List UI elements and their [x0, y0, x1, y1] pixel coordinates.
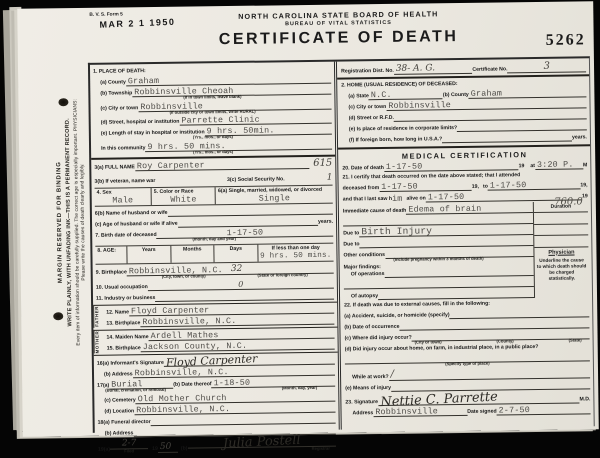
race-cell: 5. Color or Race White [152, 188, 216, 206]
disposition-location-value: Robbinsville, N.C. [136, 405, 230, 414]
industry-field [155, 289, 334, 301]
informant-address: Robbinsville, N.C. [135, 368, 229, 377]
name-code-annotation: 615 [313, 158, 332, 169]
age-years-header: Years [129, 247, 168, 255]
father-birthplace-label: 13. Birthplace [106, 320, 140, 327]
attended-from-value: 1-17-50 [381, 183, 418, 191]
doctor-date-value: 2-7-50 [499, 406, 530, 414]
stay-note: (Yrs., mos., or days) [193, 135, 233, 140]
home-corporate-field [457, 120, 587, 132]
margin-plainly-text: WRITE PLAINLY, WITH UNFADING INK—THIS IS… [65, 118, 74, 326]
home-county-field: Graham [469, 87, 587, 99]
spouse-age-label: (c) Age of husband or wife if alive [95, 221, 178, 229]
doctor-date-label: Date signed [467, 408, 496, 415]
age-years-cell: Years [127, 246, 171, 264]
binding-margin: MARGIN RESERVED FOR BINDING WRITE PLAINL… [19, 12, 88, 433]
father-birthplace-field: Robbinsville, N.C. [140, 314, 334, 327]
city-label: (c) City or town [93, 105, 138, 113]
birthplace-note-2: (State or foreign country) [257, 273, 307, 278]
external-a-label: (a) Accident, suicide, or homicide (spec… [344, 312, 449, 320]
age-months-header: Months [173, 246, 212, 254]
filed-date-group: 2-7 Filed [110, 438, 148, 454]
form-body: 1. PLACE OF DEATH: (a) County Graham (b)… [88, 56, 595, 433]
home-city-value: Robbinsville [388, 101, 451, 110]
disposition-date-note: (Month, day, year) [282, 386, 318, 391]
mother-side-label: MOTHER [93, 330, 103, 353]
death-date-field: 1-17-50 [384, 160, 519, 172]
home-foreign-field [442, 132, 572, 144]
father-block: FATHER 12. Name Floyd Carpenter 13. Birt… [93, 301, 337, 327]
of-autopsy-label: Of autopsy [344, 293, 378, 300]
duration-physician-column: Duration Physician Underline the cause t… [533, 201, 589, 297]
mother-birthplace-field: Jackson County, N.C. [141, 339, 335, 352]
occupation-label: 10. Usual occupation [96, 284, 148, 292]
immediate-cause-field: Edema of brain [406, 203, 533, 215]
age-label-cell: 8. AGE: [95, 246, 127, 263]
filed-note: Filed [124, 449, 134, 454]
doctor-sig-label: 23. Signature [345, 399, 378, 406]
marital-cell: 6(a) Single, married, widowed, or divorc… [216, 186, 333, 205]
father-body: 12. Name Floyd Carpenter 13. Birthplace … [103, 302, 334, 327]
attended-from-label: deceased from [343, 185, 380, 192]
home-foreign-label: (f) If foreign born, how long in U.S.A.? [342, 136, 442, 144]
spouse-label: 6(b) Name of husband or wife [95, 210, 168, 218]
birthplace-note-1: (City, town, or county) [162, 274, 206, 279]
home-state-value: N.C. [371, 91, 392, 99]
spouse-age-years-suffix: years. [318, 219, 333, 226]
external-c-note-county: (County) [496, 339, 513, 344]
street-label: (d) Street, hospital or institution [94, 119, 180, 127]
sex-race-marital-row: 4. Sex Male 5. Color or Race White 6(a) … [95, 185, 333, 207]
age-less-than-day-cell: If less than one day 9 hrs. 50 mins. [258, 244, 334, 262]
due-to-2-label: Due to [343, 241, 359, 248]
mother-block: MOTHER 14. Maiden Name Ardell Mathes 15.… [93, 326, 337, 353]
mother-name-value: Ardell Mathes [151, 331, 219, 340]
attended-to-field: 1-17-50 [488, 179, 581, 190]
cause-lines: Immediate cause of death Edema of brain … [343, 202, 534, 300]
while-at-work-label: While at work? [345, 374, 389, 382]
cause-of-death-table: Immediate cause of death Edema of brain … [343, 201, 589, 300]
last-saw-him: im [392, 195, 403, 203]
due-to-1-value: Birth Injury [361, 227, 432, 236]
township-label: (b) Township [93, 90, 132, 98]
death-time-m-label: M [583, 162, 587, 169]
street-value: Parrette Clinic [181, 116, 259, 125]
certificate-no-field: 3 [507, 60, 586, 73]
full-name-label: 3(a) FULL NAME [94, 165, 135, 173]
home-foreign-years-suffix: years. [572, 134, 587, 141]
last-saw-19: 19 [582, 193, 588, 200]
disposition-date-label: (b) Date thereof [173, 381, 211, 389]
of-operations-label: Of operations [344, 271, 385, 279]
father-name-value: Floyd Carpenter [131, 306, 209, 315]
received-date-stamp: MAR 2 1 1950 [99, 17, 175, 30]
community-label: In this community [94, 145, 145, 153]
mother-birthplace-label: 15. Birthplace [107, 345, 141, 352]
mother-name-label: 14. Maiden Name [106, 334, 148, 342]
funeral-addr-label: (b) Address [98, 430, 134, 437]
sex-value: Male [97, 196, 149, 205]
physician-title: Physician [536, 249, 586, 256]
death-time-value: 3:20 P. [537, 161, 574, 169]
certificate-serial-number: 5262 [546, 31, 586, 50]
registrar-group: Julia Postell Registrar [187, 436, 336, 453]
death-time-field: 3:20 P. [535, 159, 583, 170]
age-months-cell: Months [171, 245, 215, 263]
informant-sig-label: 16(a) Informant's Signature [97, 360, 164, 368]
cause-code-annotation: 760.0 [554, 196, 583, 207]
death-date-19: 19 [519, 163, 525, 170]
funeral-director-label: 18(a) Funeral director [98, 419, 151, 427]
doctor-addr-label: Address [346, 410, 374, 417]
registrar-note: Registrar [312, 446, 336, 451]
margin-binding-text: MARGIN RESERVED FOR BINDING [56, 161, 64, 283]
birthdate-label: 7. Birth date of deceased [95, 232, 156, 240]
home-street-label: (d) Street or R.F.D. [342, 115, 394, 123]
external-a-field [449, 307, 589, 319]
father-birthplace-value: Robbinsville, N.C. [142, 317, 236, 326]
occupation-mark: 0 [238, 279, 243, 288]
mother-birthplace-value: Jackson County, N.C. [143, 341, 248, 350]
form-number: B. V. S. Form 5 [89, 12, 122, 17]
external-c-note-city: (City or town) [415, 340, 442, 345]
immediate-cause-label: Immediate cause of death [343, 208, 407, 216]
ssn-label: 3(c) Social Security No. [185, 176, 327, 185]
doctor-date-field: 2-7-50 [497, 404, 591, 415]
marital-value: Single [218, 194, 331, 203]
age-less-value: 9 hrs. 50 mins. [260, 252, 331, 261]
doctor-md-label: M.D. [579, 396, 590, 403]
last-saw-label: and that I last saw h [343, 196, 392, 204]
left-column: 1. PLACE OF DEATH: (a) County Graham (b)… [90, 62, 342, 433]
filed-year-value: 50 [160, 442, 172, 452]
disposition-location-label: (d) Location [97, 408, 134, 415]
stay-label: (e) Length of stay in hospital or instit… [94, 130, 205, 138]
operations-field [384, 266, 533, 278]
header-center: NORTH CAROLINA STATE BOARD OF HEALTH BUR… [177, 8, 499, 49]
duration-cell [534, 235, 588, 247]
attended-from-field: 1-17-50 [379, 181, 472, 192]
right-column: Registration Dist. No. 38- A. G. Certifi… [337, 58, 594, 429]
physician-note-box: Physician Underline the cause to which d… [534, 247, 588, 284]
registration-dist-field: 38- A. G. [394, 63, 473, 75]
age-days-header: Days [216, 246, 255, 254]
community-note: (Yrs., mos., or days) [193, 150, 233, 155]
duration-cell [534, 212, 588, 224]
form-header: B. V. S. Form 5 MAR 2 1 1950 NORTH CAROL… [87, 5, 590, 62]
last-saw-date-value: 1-17-50 [428, 193, 465, 201]
spouse-age-field [178, 216, 319, 228]
home-county-label: (b) County [443, 92, 469, 99]
industry-label: 11. Industry or business [96, 295, 155, 303]
birthplace-label: 9. Birthplace [96, 269, 127, 276]
father-name-label: 12. Name [106, 309, 129, 316]
age-label: 8. AGE: [97, 247, 124, 254]
home-state-field: N.C. [369, 89, 443, 100]
sex-cell: 4. Sex Male [95, 188, 152, 206]
birthdate-note: (month, day and year) [192, 237, 236, 242]
external-c-note-state: (State) [569, 338, 582, 343]
means-of-injury-label: (e) Means of injury [345, 385, 391, 393]
veteran-label: 3(b) If veteran, name war [94, 178, 185, 186]
home-city-label: (c) City or town [342, 104, 387, 112]
margin-instructions: Every item of information should be care… [73, 99, 87, 346]
physician-note: Underline the cause to which death shoul… [537, 257, 587, 282]
death-date-value: 1-17-50 [386, 162, 423, 170]
due-to-1-label: Due to [343, 230, 359, 237]
home-state-label: (a) State [341, 93, 369, 100]
full-name-value: Roy Carpenter [137, 162, 205, 171]
ssn-mark: 1 [327, 173, 333, 183]
registration-dist-label: Registration Dist. No. [341, 68, 394, 76]
certificate-form: B. V. S. Form 5 MAR 2 1 1950 NORTH CAROL… [87, 5, 594, 433]
doctor-signature: Nettie C. Parrette [380, 392, 498, 407]
township-note: (If in town limits, leave blank) [183, 95, 241, 100]
autopsy-field [378, 288, 534, 300]
duration-cell [534, 224, 588, 236]
informant-addr-label: (b) Address [97, 371, 133, 378]
alive-on-label: alive on [406, 195, 425, 202]
race-value: White [154, 196, 213, 205]
county-label: (a) County [93, 79, 126, 86]
attended-from-19: 19, [472, 184, 479, 191]
father-side-label: FATHER [93, 305, 103, 327]
cemetery-value: Old Mother Church [138, 394, 227, 403]
filed-date-value: 2-7 [122, 438, 137, 448]
death-certificate-sheet: MARGIN RESERVED FOR BINDING WRITE PLAINL… [17, 1, 599, 437]
external-d-note: (Specify type of place) [445, 362, 490, 367]
birthplace-mark: 32 [231, 264, 243, 274]
street-field: Parrette Clinic [179, 114, 331, 126]
while-at-work-mark: / [391, 369, 395, 380]
cemetery-label: (c) Cemetery [97, 397, 136, 405]
external-c-label: (c) Where did injury occur? [345, 334, 412, 342]
age-days-cell: Days [214, 245, 258, 263]
certificate-title: CERTIFICATE OF DEATH [178, 27, 500, 49]
filed-num-label: 19(a) [98, 447, 110, 454]
mother-body: 14. Maiden Name Ardell Mathes 15. Birthp… [103, 327, 334, 353]
other-conditions-label: Other conditions [343, 252, 385, 260]
immediate-cause-value: Edema of brain [408, 205, 481, 214]
external-b-label: (b) Date of occurrence [344, 323, 399, 331]
informant-signature: Floyd Carpenter [166, 354, 258, 367]
disposition-type-note: (Burial, cremation, or removal) [105, 388, 166, 393]
disposition-date-value: 1-18-50 [214, 379, 251, 387]
registration-dist-value: 38- A. G. [396, 63, 435, 74]
registrar-signature: Julia Postell [223, 436, 301, 449]
death-date-label: 20. Date of death [342, 165, 384, 173]
certificate-no-value: 3 [543, 61, 550, 72]
attended-to-value: 1-17-50 [490, 181, 527, 189]
attended-to-19: 19, [580, 182, 587, 189]
county-value: Graham [128, 77, 159, 85]
place-of-death-title: 1. PLACE OF DEATH: [93, 68, 146, 76]
filed-year-field: 50 [158, 442, 178, 453]
certificate-no-label: Certificate No. [472, 66, 507, 73]
age-row: 8. AGE: Years Months Days If less than o… [95, 243, 333, 265]
home-county-value: Graham [471, 89, 502, 97]
